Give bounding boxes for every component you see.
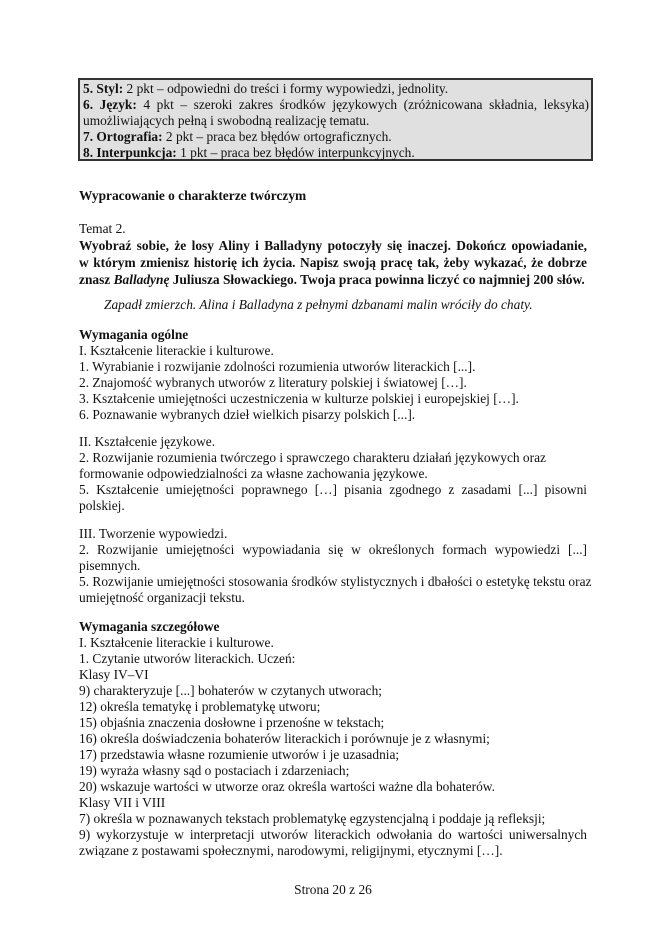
- requirement-line: 9) charakteryzuje [...] bohaterów w czyt…: [79, 683, 587, 699]
- requirement-line: formowanie odpowiedzialności za własne z…: [79, 466, 587, 482]
- topic-prompt-line: znasz Balladynę Juliusza Słowackiego. Tw…: [79, 271, 587, 288]
- requirement-line: 9) wykorzystuje w interpretacji utworów …: [79, 827, 587, 843]
- detailed-requirements: Wymagania szczegółowe I. Kształcenie lit…: [79, 619, 587, 859]
- requirement-line: 16) określa doświadczenia bohaterów lite…: [79, 731, 587, 747]
- requirement-line: 5. Kształcenie umiejętności poprawnego […: [79, 482, 587, 498]
- topic-prompt-line: Wyobraź sobie, że losy Aliny i Balladyny…: [79, 237, 587, 254]
- criterion-language: 6. Język: 4 pkt – szeroki zakres środków…: [83, 97, 589, 113]
- page-number: Strona 20 z 26: [79, 882, 587, 898]
- general-requirements-heading: Wymagania ogólne: [79, 327, 587, 343]
- detailed-requirements-heading: Wymagania szczegółowe: [79, 619, 587, 635]
- group-title: II. Kształcenie językowe.: [79, 434, 587, 450]
- criterion-style: 5. Styl: 2 pkt – odpowiedni do treści i …: [83, 81, 589, 97]
- topic-prompt-line: w którym zmienisz historię ich życia. Na…: [79, 254, 587, 271]
- requirement-line: 15) objaśnia znaczenia dosłowne i przeno…: [79, 715, 587, 731]
- requirement-line: 1. Wyrabianie i rozwijanie zdolności roz…: [79, 359, 587, 375]
- requirement-line: 12) określa tematykę i problematykę utwo…: [79, 699, 587, 715]
- story-opener: Zapadł zmierzch. Alina i Balladyna z peł…: [104, 297, 533, 313]
- scoring-criteria-box: 5. Styl: 2 pkt – odpowiedni do treści i …: [78, 78, 593, 161]
- requirement-line: 3. Kształcenie umiejętności uczestniczen…: [79, 391, 587, 407]
- requirement-line: I. Kształcenie literackie i kulturowe.: [79, 635, 587, 651]
- grade-range-label: Klasy IV–VI: [79, 667, 587, 683]
- requirement-line: umiejętność organizacji tekstu.: [79, 590, 587, 606]
- group-title: I. Kształcenie literackie i kulturowe.: [79, 343, 587, 359]
- criterion-language-continuation: umożliwiających pełną i swobodną realiza…: [83, 113, 589, 129]
- requirement-line: 19) wyraża własny sąd o postaciach i zda…: [79, 763, 587, 779]
- requirement-line: 2. Znajomość wybranych utworów z literat…: [79, 375, 587, 391]
- requirement-line: 2. Rozwijanie umiejętności wypowiadania …: [79, 542, 587, 558]
- topic-number: Temat 2.: [79, 221, 587, 237]
- requirement-line: polskiej.: [79, 498, 587, 514]
- criterion-orthography: 7. Ortografia: 2 pkt – praca bez błędów …: [83, 129, 589, 145]
- group-title: III. Tworzenie wypowiedzi.: [79, 526, 587, 542]
- grade-range-label: Klasy VII i VIII: [79, 795, 587, 811]
- requirement-line: 2. Rozwijanie rozumienia twórczego i spr…: [79, 450, 587, 466]
- requirement-line: 17) przedstawia własne rozumienie utworó…: [79, 747, 587, 763]
- requirement-line: 6. Poznawanie wybranych dzieł wielkich p…: [79, 407, 587, 423]
- criterion-punctuation: 8. Interpunkcja: 1 pkt – praca bez błędó…: [83, 145, 589, 161]
- requirement-line: 20) wskazuje wartości w utworze oraz okr…: [79, 779, 587, 795]
- requirement-line: 5. Rozwijanie umiejętności stosowania śr…: [79, 574, 587, 590]
- book-title: Balladynę: [114, 272, 170, 287]
- requirement-line: 1. Czytanie utworów literackich. Uczeń:: [79, 651, 587, 667]
- topic-block: Temat 2. Wyobraź sobie, że losy Aliny i …: [79, 221, 587, 288]
- general-requirements: Wymagania ogólne I. Kształcenie literack…: [79, 327, 587, 423]
- requirement-line: pisemnych.: [79, 558, 587, 574]
- requirement-line: związane z postawami społecznymi, narodo…: [79, 843, 587, 859]
- language-education-group: II. Kształcenie językowe. 2. Rozwijanie …: [79, 434, 587, 514]
- creating-statements-group: III. Tworzenie wypowiedzi. 2. Rozwijanie…: [79, 526, 587, 606]
- section-title: Wypracowanie o charakterze twórczym: [79, 188, 306, 204]
- requirement-line: 7) określa w poznawanych tekstach proble…: [79, 811, 587, 827]
